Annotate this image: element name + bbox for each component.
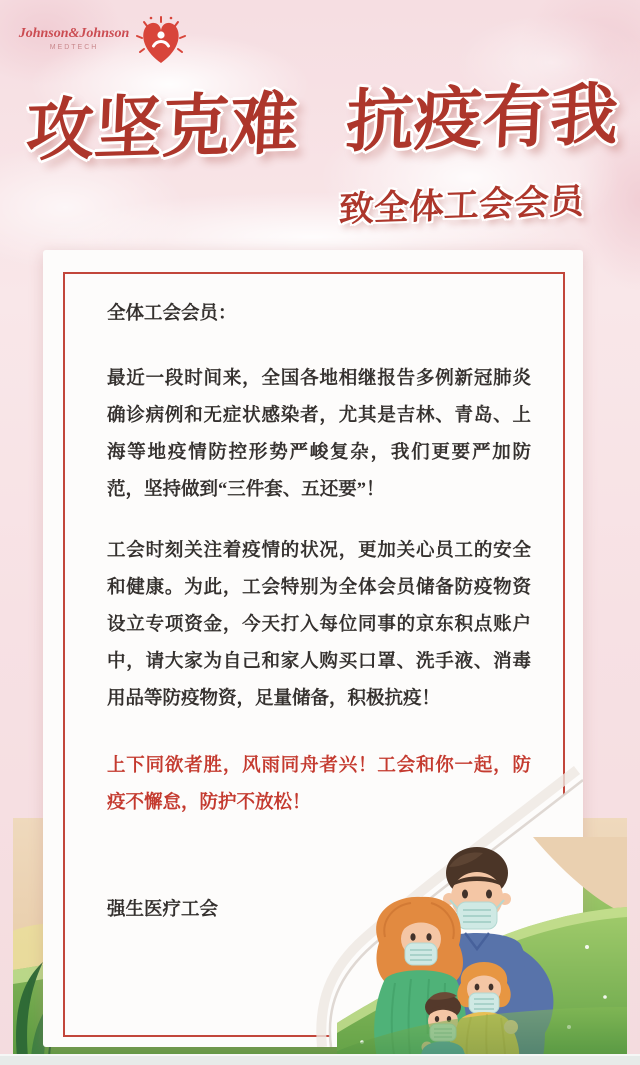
poster-subtitle: 致全体工会会员 bbox=[338, 174, 585, 233]
letter-body: 全体工会会员： 最近一段时间来，全国各地相继报告多例新冠肺炎确诊病例和无症状感染… bbox=[107, 296, 531, 929]
letter-paragraph: 最近一段时间来，全国各地相继报告多例新冠肺炎确诊病例和无症状感染者，尤其是吉林、… bbox=[107, 361, 531, 509]
bottom-strip bbox=[0, 1054, 640, 1065]
medtech-label: MEDTECH bbox=[18, 44, 130, 51]
union-heart-icon bbox=[133, 15, 189, 76]
poster: Johnson&Johnson MEDTECH 攻坚克难 抗疫有我 致全体工会会… bbox=[0, 0, 640, 1065]
letter-salutation: 全体工会会员： bbox=[107, 296, 531, 333]
poster-title-part2: 抗疫有我 bbox=[344, 78, 619, 161]
letter-paragraph: 工会时刻关注着疫情的状况，更加关心员工的安全和健康。为此，工会特别为全体会员储备… bbox=[107, 533, 531, 718]
hill-illustration bbox=[533, 837, 627, 915]
johnson-johnson-logo-text: Johnson&Johnson bbox=[18, 26, 130, 42]
poster-title: 攻坚克难 抗疫有我 bbox=[25, 78, 620, 169]
family-illustration bbox=[337, 837, 627, 1062]
poster-title-part1: 攻坚克难 bbox=[25, 87, 300, 170]
johnson-johnson-logo: Johnson&Johnson MEDTECH bbox=[18, 26, 130, 51]
letter-highlight: 上下同欲者胜，风雨同舟者兴！工会和你一起，防疫不懈怠，防护不放松！ bbox=[107, 748, 531, 822]
